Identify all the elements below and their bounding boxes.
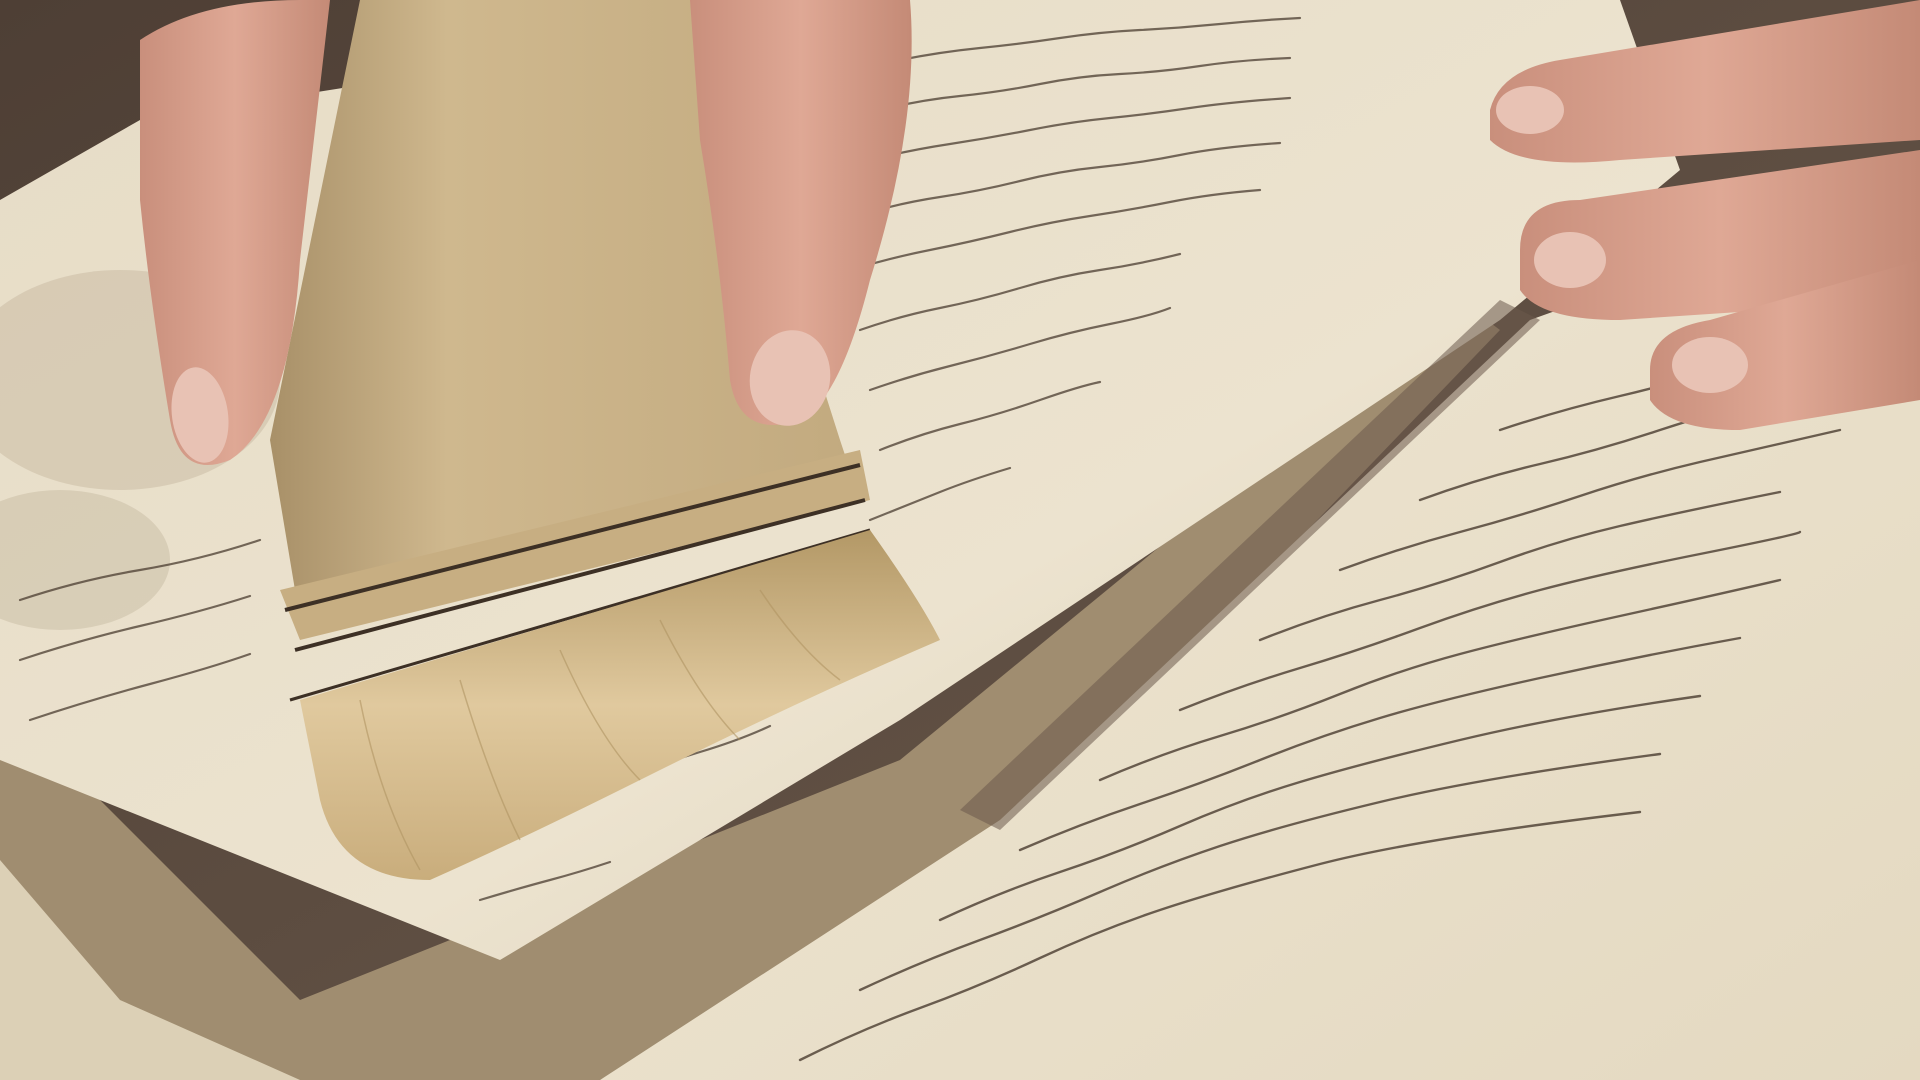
fingernail — [1534, 232, 1606, 288]
manuscript-scene — [0, 0, 1920, 1080]
fingernail — [1496, 86, 1564, 134]
scene-illustration — [0, 0, 1920, 1080]
fingernail — [1672, 337, 1748, 393]
